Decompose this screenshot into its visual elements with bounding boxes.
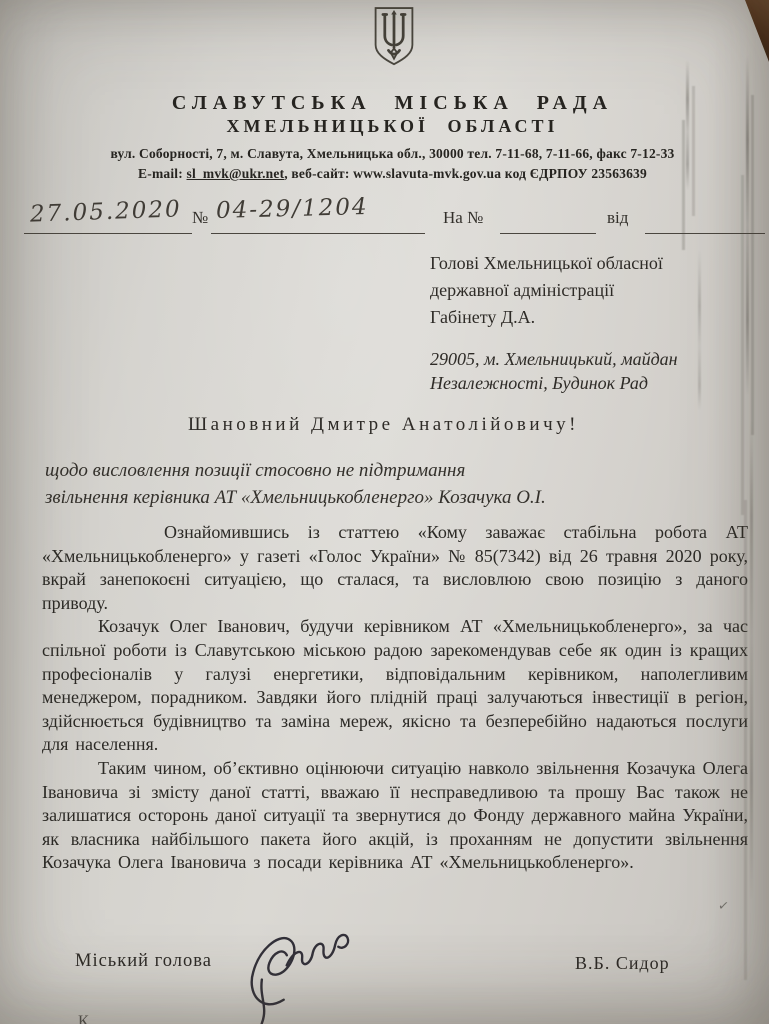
website-and-edrpou: , веб-сайт: www.slavuta-mvk.gov.ua код Є… — [284, 166, 647, 181]
council-name-line2: ХМЕЛЬНИЦЬКОЇ ОБЛАСТІ — [8, 116, 769, 137]
cutoff-text-fragment: К — [78, 1013, 89, 1024]
handwritten-outgoing-date: 27.05.2020 — [30, 196, 183, 227]
council-name-line1: СЛАВУТСЬКА МІСЬКА РАДА — [8, 92, 769, 115]
pen-tick-mark: ✓ — [717, 897, 730, 914]
salutation: Шановний Дмитре Анатолійовичу! — [188, 414, 579, 436]
addressee-block: Голові Хмельницької обласної державної а… — [430, 250, 678, 395]
handwritten-signature — [232, 908, 373, 1024]
subject-line: щодо висловлення позиції стосовно не під… — [45, 457, 546, 484]
signer-position-title: Міський голова — [75, 951, 212, 972]
subject-block: щодо висловлення позиції стосовно не під… — [45, 457, 546, 511]
date-underline — [24, 233, 192, 234]
scan-smudge — [698, 250, 701, 410]
addressee-address-line: Незалежності, Будинок Рад — [430, 371, 678, 395]
letter-body: Ознайомившись із статтею «Кому заважає с… — [42, 521, 748, 875]
letterhead-address: вул. Соборності, 7, м. Славута, Хмельниц… — [8, 146, 769, 162]
addressee-line: Голові Хмельницької обласної — [430, 250, 678, 277]
addressee-address-line: 29005, м. Хмельницький, майдан — [430, 347, 678, 371]
incoming-date-blank — [645, 233, 765, 234]
letterhead-contacts: E-mail: sl_mvk@ukr.net, веб-сайт: www.sl… — [8, 166, 769, 182]
email-address: sl_mvk@ukr.net — [187, 166, 285, 181]
body-paragraph: Ознайомившись із статтею «Кому заважає с… — [42, 521, 748, 615]
addressee-line: Габінету Д.А. — [430, 304, 678, 331]
photo-background-corner — [745, 0, 769, 62]
incoming-number-blank — [500, 233, 596, 234]
scan-smudge — [750, 420, 753, 900]
body-paragraph: Таким чином, об’єктивно оцінюючи ситуаці… — [42, 757, 748, 875]
ukraine-trident-emblem — [371, 6, 417, 70]
body-paragraph: Козачук Олег Іванович, будучи керівником… — [42, 615, 748, 757]
handwritten-outgoing-number: 04-29/1204 — [216, 194, 369, 224]
addressee-line: державної адміністрації — [430, 277, 678, 304]
incoming-number-label: На № — [443, 208, 483, 228]
scanned-letter-page: СЛАВУТСЬКА МІСЬКА РАДА ХМЕЛЬНИЦЬКОЇ ОБЛА… — [0, 0, 769, 1024]
incoming-date-label: від — [607, 208, 628, 228]
subject-line: звільнення керівника АТ «Хмельницькоблен… — [45, 484, 546, 511]
number-underline — [211, 233, 425, 234]
number-sign-label: № — [192, 208, 208, 228]
email-label: E-mail: — [138, 166, 186, 181]
signer-name: В.Б. Сидор — [575, 953, 670, 974]
